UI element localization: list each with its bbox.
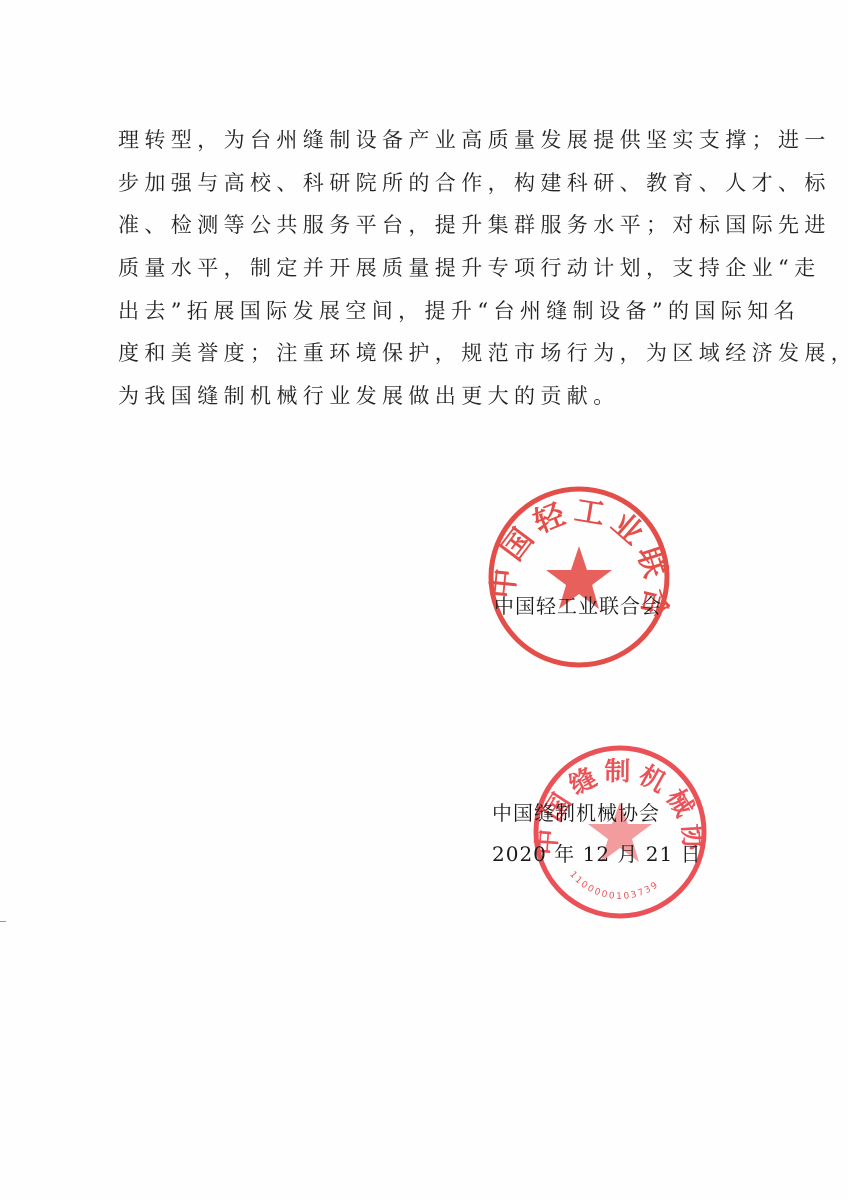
document-page: 理转型，为台州缝制设备产业高质量发展提供坚实支撑；进一 步加强与高校、科研院所的… [0, 0, 848, 1200]
body-line: 度和美誉度；注重环境保护，规范市场行为，为区域经济发展， [118, 337, 728, 380]
body-line: 理转型，为台州缝制设备产业高质量发展提供坚实支撑；进一 [118, 124, 728, 167]
body-line: 为我国缝制机械行业发展做出更大的贡献。 [118, 380, 728, 423]
body-line: 步加强与高校、科研院所的合作，构建科研、教育、人才、标 [118, 167, 728, 210]
svg-text:1100000103739: 1100000103739 [567, 870, 661, 902]
signature-org-2: 中国缝制机械协会 [492, 797, 660, 826]
signature-date: 2020 年 12 月 21 日 [492, 838, 702, 867]
body-line: 准、检测等公共服务平台，提升集群服务水平；对标国际先进 [118, 209, 728, 252]
body-line: 质量水平，制定并开展质量提升专项行动计划，支持企业“走 [118, 252, 728, 295]
body-line: 出去”拓展国际发展空间，提升“台州缝制设备”的国际知名 [118, 295, 728, 338]
body-paragraph: 理转型，为台州缝制设备产业高质量发展提供坚实支撑；进一 步加强与高校、科研院所的… [118, 124, 728, 423]
seal-sewing-machinery-association: 中国缝制机械协会 1100000103739 [532, 742, 708, 922]
scan-artifact [0, 921, 6, 922]
signature-org-1: 中国轻工业联合会 [494, 590, 662, 619]
seal-light-industry-council: 中国轻工业联合会 [486, 484, 672, 670]
